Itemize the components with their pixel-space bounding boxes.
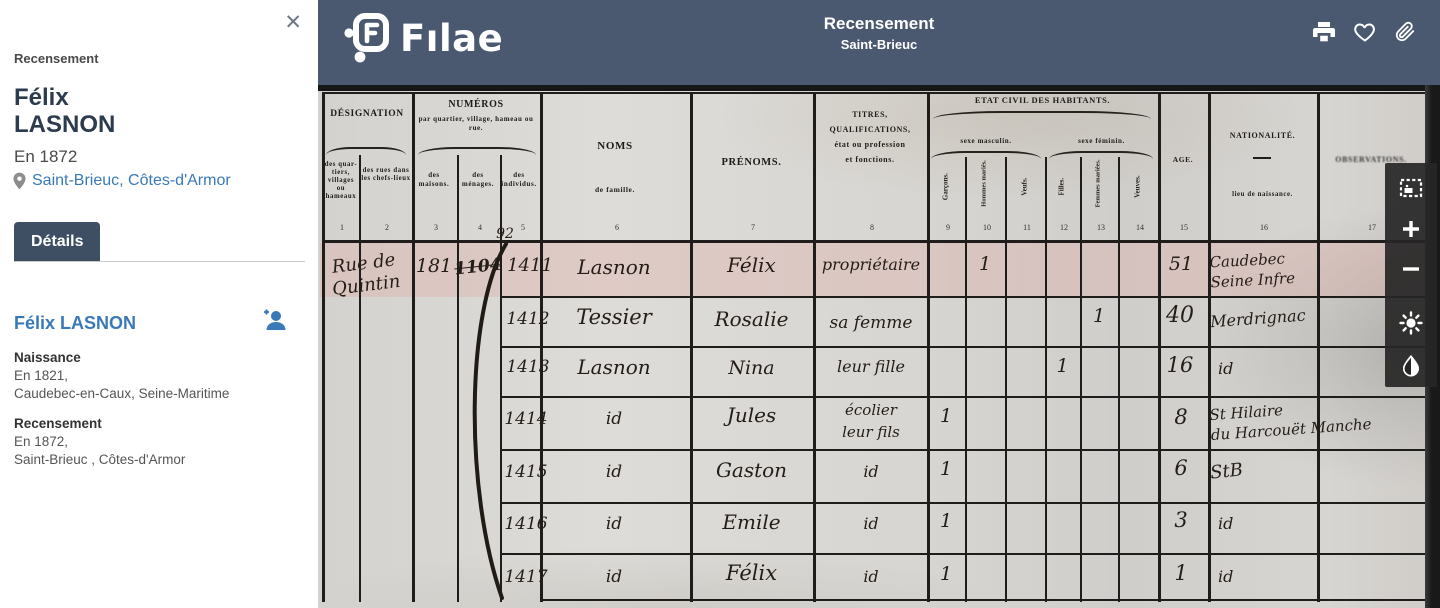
cell-titre: sa femme bbox=[813, 313, 929, 333]
cell-age: 51 bbox=[1156, 253, 1206, 275]
event-place: Caudebec-en-Caux, Seine-Maritime bbox=[14, 385, 229, 403]
scan-edge-top bbox=[318, 85, 1440, 91]
cell-lieu: id bbox=[1218, 359, 1278, 378]
grid-line-h bbox=[500, 553, 1425, 555]
column-number: 14 bbox=[1133, 223, 1147, 232]
header-brace bbox=[1049, 151, 1153, 159]
grid-line-v bbox=[1118, 157, 1120, 602]
grid-line-v bbox=[412, 92, 415, 602]
printer-icon bbox=[1312, 20, 1336, 44]
col-nationalite-label: NATIONALITÉ. bbox=[1208, 131, 1317, 140]
cell-nom: Lasnon bbox=[544, 255, 684, 279]
cell-age: 1 bbox=[1156, 561, 1206, 585]
event-date: En 1872, bbox=[14, 433, 185, 451]
cell-titre: id bbox=[813, 514, 929, 533]
cell-nom: id bbox=[544, 409, 684, 429]
zoom-in-button[interactable] bbox=[1385, 214, 1437, 244]
grid-line-h bbox=[500, 346, 1425, 348]
viewer-topbar: Fılae Recensement Saint-Brieuc bbox=[318, 0, 1440, 85]
column-number: 7 bbox=[746, 223, 760, 232]
column-number: 12 bbox=[1057, 223, 1071, 232]
cell-nom: id bbox=[544, 462, 684, 482]
column-number: 6 bbox=[610, 223, 624, 232]
cell-lieu: Merdrignac bbox=[1210, 302, 1361, 331]
cell-hommes-maries: 1 bbox=[965, 253, 1005, 275]
cell-garcons: 1 bbox=[927, 405, 965, 427]
cell-prenom: Nina bbox=[694, 357, 809, 379]
col-veuves-label: Veuves. bbox=[1134, 159, 1141, 215]
cell-lieu: StB bbox=[1209, 453, 1301, 483]
col-individus-label: des individus. bbox=[498, 171, 540, 189]
person-heading-link[interactable]: Félix LASNON bbox=[14, 313, 136, 334]
col-sexe-masculin-label: sexe masculin. bbox=[927, 137, 1045, 145]
brightness-button[interactable] bbox=[1385, 308, 1437, 338]
cell-age: 3 bbox=[1156, 508, 1206, 532]
cell-prenom: Emile bbox=[694, 510, 809, 534]
column-number: 4 bbox=[473, 223, 487, 232]
filae-logo-text: Fılae bbox=[400, 17, 503, 60]
cell-nom: Tessier bbox=[544, 305, 684, 329]
heart-icon bbox=[1353, 20, 1377, 44]
cell-age: 16 bbox=[1154, 353, 1206, 377]
grid-line-h bbox=[500, 449, 1425, 451]
record-location-text: Saint-Brieuc, Côtes-d'Armor bbox=[32, 172, 231, 190]
census-scan[interactable]: DÉSIGNATION des quar- tiers, villages ou… bbox=[318, 85, 1440, 608]
col-numeros-label: NUMÉROS bbox=[412, 99, 540, 110]
column-number: 3 bbox=[429, 223, 443, 232]
cell-prenom: Félix bbox=[694, 561, 809, 585]
cell-lieu: id bbox=[1218, 567, 1278, 586]
tab-details[interactable]: Détails bbox=[14, 222, 100, 262]
tab-divider bbox=[14, 261, 305, 262]
cell-garcons: 1 bbox=[927, 510, 965, 532]
grid-line-h bbox=[322, 92, 1425, 94]
cell-maison: 181 bbox=[412, 255, 456, 277]
column-number: 1 bbox=[335, 223, 349, 232]
event-label: Recensement bbox=[14, 415, 185, 433]
cell-garcons: 1 bbox=[927, 563, 965, 585]
col-noms-sub: de famille. bbox=[540, 185, 690, 194]
cell-titre: id bbox=[813, 567, 929, 586]
favorite-button[interactable] bbox=[1353, 20, 1377, 44]
grid-line-v bbox=[1080, 157, 1082, 602]
cell-prenom: Rosalie bbox=[694, 307, 809, 331]
grid-line-h bbox=[500, 502, 1425, 504]
event-naissance: Naissance En 1821, Caudebec-en-Caux, Sei… bbox=[14, 349, 229, 403]
col-maisons-label: des maisons. bbox=[414, 171, 454, 189]
print-button[interactable] bbox=[1312, 20, 1336, 44]
column-number: 10 bbox=[980, 223, 994, 232]
column-number: 16 bbox=[1257, 223, 1271, 232]
grid-line-v bbox=[1005, 157, 1007, 602]
col-designation-sub1: des quar- tiers, villages ou hameaux bbox=[323, 161, 359, 201]
column-number: 11 bbox=[1020, 223, 1034, 232]
event-recensement: Recensement En 1872, Saint-Brieuc , Côte… bbox=[14, 415, 185, 469]
contrast-icon bbox=[1400, 353, 1422, 377]
filae-logo-icon bbox=[344, 12, 390, 64]
cell-garcons: 1 bbox=[927, 458, 965, 480]
image-toolbar bbox=[1385, 163, 1437, 387]
col-age-label: AGE. bbox=[1158, 155, 1208, 164]
grid-line-v bbox=[359, 155, 361, 602]
person-name: Félix LASNON bbox=[14, 84, 115, 138]
header-brace bbox=[931, 151, 1041, 159]
cell-nom: id bbox=[544, 567, 684, 587]
zoom-out-button[interactable] bbox=[1385, 254, 1437, 284]
col-lieu-naissance-label: lieu de naissance. bbox=[1208, 191, 1317, 198]
brightness-icon bbox=[1399, 311, 1423, 335]
col-filles-label: Filles. bbox=[1058, 159, 1065, 215]
col-menages-label: des ménages. bbox=[458, 171, 498, 189]
header-brace bbox=[326, 147, 406, 155]
cell-titre: propriétaire bbox=[813, 255, 929, 274]
grid-line-h bbox=[500, 296, 1425, 298]
cell-titre: écolier leur fils bbox=[813, 399, 929, 443]
header-brace bbox=[418, 147, 536, 155]
column-number: 15 bbox=[1177, 223, 1191, 232]
cell-titre: id bbox=[813, 462, 929, 481]
grid-line-h bbox=[540, 599, 1425, 601]
col-numeros-sub: par quartier, village, hameau ou rue. bbox=[414, 115, 538, 133]
topbar-actions bbox=[1312, 20, 1418, 44]
grid-line-h bbox=[500, 396, 1425, 398]
grid-line-v bbox=[965, 157, 967, 602]
cell-lieu: Caudebec Seine Infre bbox=[1209, 246, 1341, 293]
record-type-label: Recensement bbox=[14, 51, 99, 66]
header-brace bbox=[933, 111, 1151, 119]
cell-age: 8 bbox=[1156, 405, 1206, 429]
cell-age: 40 bbox=[1154, 303, 1206, 328]
filae-logo[interactable]: Fılae bbox=[344, 12, 503, 64]
cell-prenom: Félix bbox=[694, 253, 809, 277]
record-location-link[interactable]: Saint-Brieuc, Côtes-d'Armor bbox=[13, 172, 231, 190]
event-place: Saint-Brieuc , Côtes-d'Armor bbox=[14, 451, 185, 469]
add-person-icon[interactable] bbox=[260, 306, 288, 334]
cell-titre: leur fille bbox=[813, 357, 929, 376]
col-noms-label: NOMS bbox=[540, 140, 690, 152]
cell-nom: id bbox=[544, 514, 684, 534]
col-sexe-feminin-label: sexe féminin. bbox=[1045, 137, 1158, 145]
nationalite-dash bbox=[1253, 157, 1271, 159]
plus-icon bbox=[1400, 218, 1422, 240]
col-hommes-maries-label: Hommes mariés. bbox=[982, 153, 989, 213]
col-etat-civil-label: ETAT CIVIL DES HABITANTS. bbox=[927, 95, 1158, 105]
column-number: 9 bbox=[941, 223, 955, 232]
thumbnail-nav-button[interactable] bbox=[1385, 173, 1437, 203]
cell-prenom: Gaston bbox=[694, 458, 809, 482]
thumbnail-nav-icon bbox=[1399, 177, 1423, 199]
cell-lieu: St Hilaire du Harcouët Manche bbox=[1209, 393, 1386, 445]
viewer-main: Fılae Recensement Saint-Brieuc bbox=[318, 0, 1440, 608]
attachment-button[interactable] bbox=[1394, 20, 1418, 44]
minus-icon bbox=[1400, 258, 1422, 280]
grid-line-v bbox=[322, 92, 325, 602]
close-icon[interactable]: ✕ bbox=[284, 12, 302, 33]
paperclip-icon bbox=[1394, 20, 1416, 44]
event-date: En 1821, bbox=[14, 367, 229, 385]
cell-nom: Lasnon bbox=[544, 355, 684, 379]
col-designation-label: DÉSIGNATION bbox=[322, 109, 412, 119]
grid-line-v bbox=[1045, 157, 1047, 602]
cell-prenom: Jules bbox=[694, 403, 809, 427]
column-number: 17 bbox=[1365, 223, 1379, 232]
cell-lieu: id bbox=[1218, 514, 1278, 533]
column-number: 13 bbox=[1094, 223, 1108, 232]
col-designation-sub2: des rues dans les chefs-lieux bbox=[361, 167, 411, 183]
record-sidebar: ✕ Recensement Félix LASNON En 1872 Saint… bbox=[0, 0, 318, 608]
cell-femmes-mariees: 1 bbox=[1080, 305, 1118, 327]
col-garcons-label: Garçons. bbox=[942, 159, 949, 215]
col-titres-label: TITRES, QUALIFICATIONS, état ou professi… bbox=[815, 107, 925, 167]
event-label: Naissance bbox=[14, 349, 229, 367]
margin-note: 92 bbox=[490, 226, 520, 242]
record-year: En 1872 bbox=[14, 147, 77, 167]
cell-filles: 1 bbox=[1045, 355, 1080, 377]
map-pin-icon bbox=[13, 172, 26, 190]
filae-record-viewer: ✕ Recensement Félix LASNON En 1872 Saint… bbox=[0, 0, 1440, 608]
col-femmes-mariees-label: Femmes mariées. bbox=[1096, 153, 1103, 213]
col-veufs-label: Veufs. bbox=[1021, 159, 1028, 215]
cell-age: 6 bbox=[1156, 456, 1206, 480]
col-prenoms-label: PRÉNOMS. bbox=[690, 157, 813, 168]
column-number: 2 bbox=[380, 223, 394, 232]
column-number: 8 bbox=[865, 223, 879, 232]
contrast-button[interactable] bbox=[1385, 350, 1437, 380]
